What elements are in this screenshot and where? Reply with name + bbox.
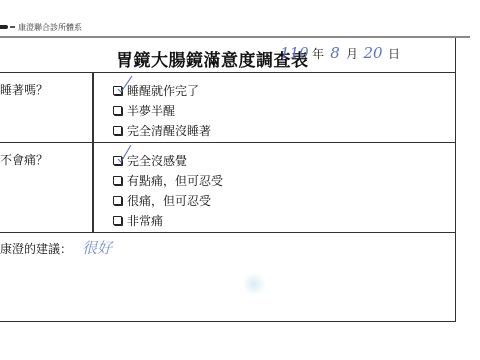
option-label: 完全清醒沒睡著: [127, 122, 211, 139]
advice-label: 康澄的建議：: [0, 240, 72, 257]
option-item[interactable]: 睡醒就作完了: [113, 80, 211, 100]
checkbox[interactable]: [113, 106, 122, 115]
option-label: 完全沒感覺: [127, 152, 187, 169]
checkbox-checked[interactable]: [113, 86, 122, 95]
advice-field[interactable]: 很好: [82, 237, 112, 258]
advice-row: 康澄的建議： 很好: [0, 233, 455, 322]
option-label: 非常痛: [127, 212, 163, 229]
checkbox[interactable]: [113, 196, 122, 205]
form-date: 110 年 8 月 20 日: [280, 44, 400, 62]
date-month-field[interactable]: 8: [324, 44, 346, 62]
logo-dash-icon: [10, 26, 15, 28]
handwritten-check-icon: [117, 75, 133, 93]
question-label: 睡著嗎？: [0, 81, 48, 98]
organization-header: 康澄聯合診所體系: [0, 20, 82, 34]
option-label: 很痛，但可忍受: [127, 192, 211, 209]
logo-icon: [0, 25, 8, 29]
option-list: 完全沒感覺 有點痛，但可忍受 很痛，但可忍受 非常痛: [113, 150, 223, 230]
option-item[interactable]: 完全沒感覺: [113, 150, 223, 170]
question-label: 不會痛？: [0, 151, 48, 168]
checkbox-checked[interactable]: [113, 156, 122, 165]
option-item[interactable]: 完全清醒沒睡著: [113, 120, 211, 140]
option-item[interactable]: 半夢半醒: [113, 100, 211, 120]
option-label: 睡醒就作完了: [127, 82, 199, 99]
handwritten-check-icon: [117, 145, 133, 163]
checkbox[interactable]: [113, 126, 122, 135]
date-day-unit: 日: [388, 45, 400, 62]
option-item[interactable]: 很痛，但可忍受: [113, 190, 223, 210]
organization-name: 康澄聯合診所體系: [18, 22, 82, 33]
date-year-unit: 年: [312, 45, 324, 62]
date-month-unit: 月: [346, 45, 358, 62]
question-row-pain: 不會痛？ 完全沒感覺 有點痛，但可忍受 很痛，但可忍受 非常痛: [0, 143, 455, 233]
option-item[interactable]: 有點痛，但可忍受: [113, 170, 223, 190]
ink-smudge: [243, 271, 265, 297]
option-list: 睡醒就作完了 半夢半醒 完全清醒沒睡著: [113, 80, 211, 140]
checkbox[interactable]: [113, 216, 122, 225]
option-item[interactable]: 非常痛: [113, 210, 223, 230]
question-row-sleep: 睡著嗎？ 睡醒就作完了 半夢半醒 完全清醒沒睡著: [0, 73, 455, 143]
date-year-field[interactable]: 110: [280, 44, 312, 62]
form-title-row: 胃鏡大腸鏡滿意度調查表 110 年 8 月 20 日: [0, 38, 455, 73]
date-day-field[interactable]: 20: [358, 44, 388, 62]
survey-form: 胃鏡大腸鏡滿意度調查表 110 年 8 月 20 日 睡著嗎？ 睡醒就作完了 半…: [0, 38, 456, 322]
checkbox[interactable]: [113, 176, 122, 185]
option-label: 半夢半醒: [127, 102, 175, 119]
option-label: 有點痛，但可忍受: [127, 172, 223, 189]
